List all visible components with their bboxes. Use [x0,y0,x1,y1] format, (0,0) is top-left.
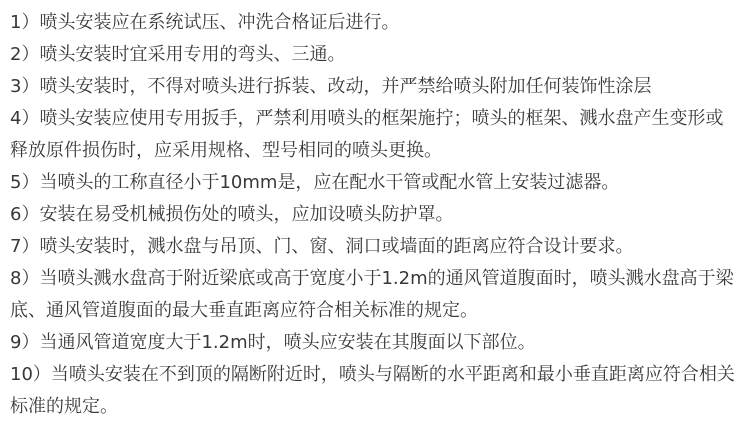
list-item: 7）喷头安装时，溅水盘与吊顶、门、窗、洞口或墙面的距离应符合设计要求。 [10,231,738,263]
list-item: 8）当喷头溅水盘高于附近梁底或高于宽度小于1.2m的通风管道腹面时，喷头溅水盘高… [10,263,738,327]
list-item: 3）喷头安装时，不得对喷头进行拆装、改动，并严禁给喷头附加任何装饰性涂层 [10,71,738,103]
list-item: 2）喷头安装时宜采用专用的弯头、三通。 [10,39,738,71]
list-item: 9）当通风管道宽度大于1.2m时，喷头应安装在其腹面以下部位。 [10,327,738,359]
list-item: 10）当喷头安装在不到顶的隔断附近时，喷头与隔断的水平距离和最小垂直距离应符合相… [10,359,738,423]
list-item: 6）安装在易受机械损伤处的喷头，应加设喷头防护罩。 [10,199,738,231]
list-item: 1）喷头安装应在系统试压、冲洗合格证后进行。 [10,7,738,39]
list-item: 5）当喷头的工称直径小于10mm是，应在配水干管或配水管上安装过滤器。 [10,167,738,199]
document-body: 1）喷头安装应在系统试压、冲洗合格证后进行。 2）喷头安装时宜采用专用的弯头、三… [0,0,750,429]
list-item: 4）喷头安装应使用专用扳手，严禁利用喷头的框架施拧；喷头的框架、溅水盘产生变形或… [10,103,738,167]
